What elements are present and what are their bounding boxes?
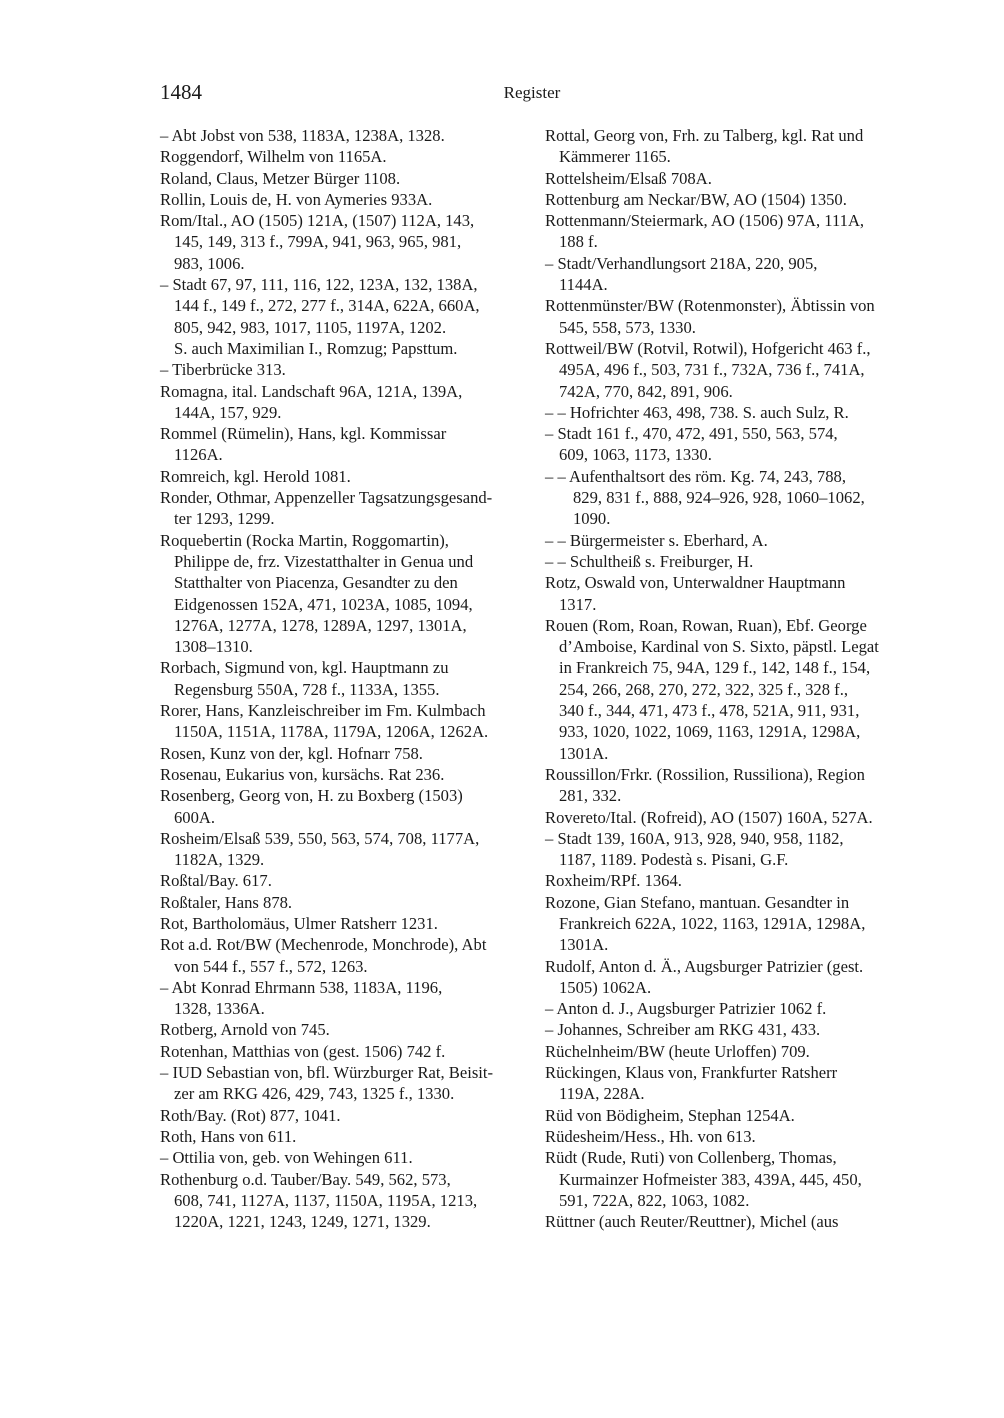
index-entry-line: 591, 722A, 822, 1063, 1082. — [545, 1190, 920, 1211]
index-entry: Rottenmann/Steiermark, AO (1506) 97A, 11… — [545, 210, 920, 253]
index-entry: Rosenau, Eukarius von, kursächs. Rat 236… — [160, 764, 530, 785]
index-entry-line: Rot, Bartholomäus, Ulmer Ratsherr 1231. — [160, 913, 530, 934]
index-entry-line: 1276A, 1277A, 1278, 1289A, 1297, 1301A, — [160, 615, 530, 636]
index-entry-line: Rückingen, Klaus von, Frankfurter Ratshe… — [545, 1062, 920, 1083]
index-entry-line: Rothenburg o.d. Tauber/Bay. 549, 562, 57… — [160, 1169, 530, 1190]
index-entry-line: Roth/Bay. (Rot) 877, 1041. — [160, 1105, 530, 1126]
index-entry: – – Hofrichter 463, 498, 738. S. auch Su… — [545, 402, 920, 423]
index-entry: – Abt Konrad Ehrmann 538, 1183A, 1196,13… — [160, 977, 530, 1020]
index-entry: Roxheim/RPf. 1364. — [545, 870, 920, 891]
index-entry-line: Rozone, Gian Stefano, mantuan. Gesandter… — [545, 892, 920, 913]
index-entry-line: 1301A. — [545, 743, 920, 764]
index-entry: Rüd von Bödigheim, Stephan 1254A. — [545, 1105, 920, 1126]
index-entry: – Stadt 161 f., 470, 472, 491, 550, 563,… — [545, 423, 920, 466]
index-entry-line: Eidgenossen 152A, 471, 1023A, 1085, 1094… — [160, 594, 530, 615]
index-entry-line: – Anton d. J., Augsburger Patrizier 1062… — [545, 998, 920, 1019]
index-entry-line: Rosen, Kunz von der, kgl. Hofnarr 758. — [160, 743, 530, 764]
index-entry: Roth/Bay. (Rot) 877, 1041. — [160, 1105, 530, 1126]
index-entry-line: – Johannes, Schreiber am RKG 431, 433. — [545, 1019, 920, 1040]
index-entry-line: Ronder, Othmar, Appenzeller Tagsatzungsg… — [160, 487, 530, 508]
index-entry-line: Rottelsheim/Elsaß 708A. — [545, 168, 920, 189]
index-entry-line: Rüdesheim/Hess., Hh. von 613. — [545, 1126, 920, 1147]
index-entry-line: 1301A. — [545, 934, 920, 955]
index-entry-line: S. auch Maximilian I., Romzug; Papsttum. — [160, 338, 530, 359]
index-entry-line: Roquebertin (Rocka Martin, Roggomartin), — [160, 530, 530, 551]
index-entry-line: zer am RKG 426, 429, 743, 1325 f., 1330. — [160, 1083, 530, 1104]
index-entry-line: 742A, 770, 842, 891, 906. — [545, 381, 920, 402]
index-entry-line: 1182A, 1329. — [160, 849, 530, 870]
index-entry-line: – IUD Sebastian von, bfl. Würzburger Rat… — [160, 1062, 530, 1083]
index-entry: Rot a.d. Rot/BW (Mechenrode, Monchrode),… — [160, 934, 530, 977]
index-entry: – – Aufenthaltsort des röm. Kg. 74, 243,… — [545, 466, 920, 530]
index-entry-line: Rosenau, Eukarius von, kursächs. Rat 236… — [160, 764, 530, 785]
index-entry: Ronder, Othmar, Appenzeller Tagsatzungsg… — [160, 487, 530, 530]
index-entry-line: Frankreich 622A, 1022, 1163, 1291A, 1298… — [545, 913, 920, 934]
index-entry: Rothenburg o.d. Tauber/Bay. 549, 562, 57… — [160, 1169, 530, 1233]
index-entry-line: 1144A. — [545, 274, 920, 295]
index-entry-line: 145, 149, 313 f., 799A, 941, 963, 965, 9… — [160, 231, 530, 252]
index-entry-line: – – Schultheiß s. Freiburger, H. — [545, 551, 920, 572]
index-entry: – IUD Sebastian von, bfl. Würzburger Rat… — [160, 1062, 530, 1105]
index-entry-line: 144 f., 149 f., 272, 277 f., 314A, 622A,… — [160, 295, 530, 316]
index-entry-line: Rovereto/Ital. (Rofreid), AO (1507) 160A… — [545, 807, 920, 828]
index-entry: Roussillon/Frkr. (Rossilion, Russiliona)… — [545, 764, 920, 807]
index-entry: Romagna, ital. Landschaft 96A, 121A, 139… — [160, 381, 530, 424]
index-entry: Rüttner (auch Reuter/Reuttner), Michel (… — [545, 1211, 920, 1232]
index-entry: Rosheim/Elsaß 539, 550, 563, 574, 708, 1… — [160, 828, 530, 871]
index-entry-line: Rüdt (Rude, Ruti) von Collenberg, Thomas… — [545, 1147, 920, 1168]
index-entry-line: 495A, 496 f., 503, 731 f., 732A, 736 f.,… — [545, 359, 920, 380]
index-entry: Roßtal/Bay. 617. — [160, 870, 530, 891]
index-entry: – Ottilia von, geb. von Wehingen 611. — [160, 1147, 530, 1168]
index-entry: Rotenhan, Matthias von (gest. 1506) 742 … — [160, 1041, 530, 1062]
index-entry-line: Rottenmann/Steiermark, AO (1506) 97A, 11… — [545, 210, 920, 231]
index-entry-line: Rollin, Louis de, H. von Aymeries 933A. — [160, 189, 530, 210]
index-entry: Rottenmünster/BW (Rotenmonster), Äbtissi… — [545, 295, 920, 338]
index-entry: Rom/Ital., AO (1505) 121A, (1507) 112A, … — [160, 210, 530, 274]
index-entry-line: Rosheim/Elsaß 539, 550, 563, 574, 708, 1… — [160, 828, 530, 849]
index-entry: Rüdt (Rude, Ruti) von Collenberg, Thomas… — [545, 1147, 920, 1211]
index-entry-line: Rorer, Hans, Kanzleischreiber im Fm. Kul… — [160, 700, 530, 721]
index-entry: Rotberg, Arnold von 745. — [160, 1019, 530, 1040]
index-entry-line: Rotberg, Arnold von 745. — [160, 1019, 530, 1040]
index-entry-line: Romagna, ital. Landschaft 96A, 121A, 139… — [160, 381, 530, 402]
index-entry: Romreich, kgl. Herold 1081. — [160, 466, 530, 487]
index-entry: Rüchelnheim/BW (heute Urloffen) 709. — [545, 1041, 920, 1062]
index-entry-line: Rotenhan, Matthias von (gest. 1506) 742 … — [160, 1041, 530, 1062]
index-entry-line: 188 f. — [545, 231, 920, 252]
index-entry-line: – Abt Jobst von 538, 1183A, 1238A, 1328. — [160, 125, 530, 146]
index-entry: Rozone, Gian Stefano, mantuan. Gesandter… — [545, 892, 920, 956]
index-entry-line: Roth, Hans von 611. — [160, 1126, 530, 1147]
index-entry: Roth, Hans von 611. — [160, 1126, 530, 1147]
index-entry: Roquebertin (Rocka Martin, Roggomartin),… — [160, 530, 530, 658]
index-entry-line: Roßtaler, Hans 878. — [160, 892, 530, 913]
index-entry: – Anton d. J., Augsburger Patrizier 1062… — [545, 998, 920, 1019]
index-entry-line: Rüttner (auch Reuter/Reuttner), Michel (… — [545, 1211, 920, 1232]
index-entry: Rollin, Louis de, H. von Aymeries 933A. — [160, 189, 530, 210]
index-entry-line: Kurmainzer Hofmeister 383, 439A, 445, 45… — [545, 1169, 920, 1190]
index-entry-line: – Stadt 139, 160A, 913, 928, 940, 958, 1… — [545, 828, 920, 849]
index-entry-line: 1505) 1062A. — [545, 977, 920, 998]
index-entry-line: 281, 332. — [545, 785, 920, 806]
index-entry-line: Philippe de, frz. Vizestatthalter in Gen… — [160, 551, 530, 572]
index-entry-line: 144A, 157, 929. — [160, 402, 530, 423]
index-entry-line: Rommel (Rümelin), Hans, kgl. Kommissar — [160, 423, 530, 444]
index-entry-line: – – Bürgermeister s. Eberhard, A. — [545, 530, 920, 551]
index-entry: Rottal, Georg von, Frh. zu Talberg, kgl.… — [545, 125, 920, 168]
index-entry-line: Statthalter von Piacenza, Gesandter zu d… — [160, 572, 530, 593]
index-entry-line: 608, 741, 1127A, 1137, 1150A, 1195A, 121… — [160, 1190, 530, 1211]
index-entry: Rückingen, Klaus von, Frankfurter Ratshe… — [545, 1062, 920, 1105]
index-entry-line: Rom/Ital., AO (1505) 121A, (1507) 112A, … — [160, 210, 530, 231]
index-entry-line: 254, 266, 268, 270, 272, 322, 325 f., 32… — [545, 679, 920, 700]
index-entry-line: in Frankreich 75, 94A, 129 f., 142, 148 … — [545, 657, 920, 678]
index-entry: Rommel (Rümelin), Hans, kgl. Kommissar11… — [160, 423, 530, 466]
index-entry-line: 609, 1063, 1173, 1330. — [545, 444, 920, 465]
index-entry-line: Rottweil/BW (Rotvil, Rotwil), Hofgericht… — [545, 338, 920, 359]
index-entry: Rosenberg, Georg von, H. zu Boxberg (150… — [160, 785, 530, 828]
running-head: Register — [0, 83, 1004, 103]
index-entry-line: Rottenburg am Neckar/BW, AO (1504) 1350. — [545, 189, 920, 210]
index-entry-line: 1328, 1336A. — [160, 998, 530, 1019]
index-entry: Rottelsheim/Elsaß 708A. — [545, 168, 920, 189]
index-entry-line: Roxheim/RPf. 1364. — [545, 870, 920, 891]
index-entry: – Abt Jobst von 538, 1183A, 1238A, 1328. — [160, 125, 530, 146]
index-entry-line: Rüchelnheim/BW (heute Urloffen) 709. — [545, 1041, 920, 1062]
index-entry-line: 983, 1006. — [160, 253, 530, 274]
index-entry-line: Roßtal/Bay. 617. — [160, 870, 530, 891]
index-entry-line: Romreich, kgl. Herold 1081. — [160, 466, 530, 487]
index-entry: Roggendorf, Wilhelm von 1165A. — [160, 146, 530, 167]
index-entry-line: 933, 1020, 1022, 1069, 1163, 1291A, 1298… — [545, 721, 920, 742]
index-entry-line: ter 1293, 1299. — [160, 508, 530, 529]
index-entry-line: 829, 831 f., 888, 924–926, 928, 1060–106… — [545, 487, 920, 508]
index-entry-line: 1220A, 1221, 1243, 1249, 1271, 1329. — [160, 1211, 530, 1232]
index-entry-line: 1187, 1189. Podestà s. Pisani, G.F. — [545, 849, 920, 870]
index-entry: – – Schultheiß s. Freiburger, H. — [545, 551, 920, 572]
index-entry-line: Rotz, Oswald von, Unterwaldner Hauptmann — [545, 572, 920, 593]
index-entry-line: d’Amboise, Kardinal von S. Sixto, päpstl… — [545, 636, 920, 657]
index-entry-line: Rorbach, Sigmund von, kgl. Hauptmann zu — [160, 657, 530, 678]
index-entry: – Stadt/Verhandlungsort 218A, 220, 905,1… — [545, 253, 920, 296]
index-entry: Rovereto/Ital. (Rofreid), AO (1507) 160A… — [545, 807, 920, 828]
index-entry-line: Roggendorf, Wilhelm von 1165A. — [160, 146, 530, 167]
index-entry-line: – Tiberbrücke 313. — [160, 359, 530, 380]
index-entry-line: 1090. — [545, 508, 920, 529]
index-entry: Roßtaler, Hans 878. — [160, 892, 530, 913]
index-entry: Rouen (Rom, Roan, Rowan, Ruan), Ebf. Geo… — [545, 615, 920, 764]
index-entry: Rottweil/BW (Rotvil, Rotwil), Hofgericht… — [545, 338, 920, 402]
index-entry-line: – – Hofrichter 463, 498, 738. S. auch Su… — [545, 402, 920, 423]
index-entry-line: 1150A, 1151A, 1178A, 1179A, 1206A, 1262A… — [160, 721, 530, 742]
index-entry-line: – – Aufenthaltsort des röm. Kg. 74, 243,… — [545, 466, 920, 487]
index-entry: Roland, Claus, Metzer Bürger 1108. — [160, 168, 530, 189]
index-column-left: – Abt Jobst von 538, 1183A, 1238A, 1328.… — [160, 125, 530, 1232]
index-entry-line: Roussillon/Frkr. (Rossilion, Russiliona)… — [545, 764, 920, 785]
index-entry: Rot, Bartholomäus, Ulmer Ratsherr 1231. — [160, 913, 530, 934]
index-entry-line: 1317. — [545, 594, 920, 615]
index-entry: – Johannes, Schreiber am RKG 431, 433. — [545, 1019, 920, 1040]
index-entry-line: Rosenberg, Georg von, H. zu Boxberg (150… — [160, 785, 530, 806]
index-entry-line: – Stadt/Verhandlungsort 218A, 220, 905, — [545, 253, 920, 274]
index-entry-line: von 544 f., 557 f., 572, 1263. — [160, 956, 530, 977]
index-entry-line: 600A. — [160, 807, 530, 828]
index-entry-line: Rouen (Rom, Roan, Rowan, Ruan), Ebf. Geo… — [545, 615, 920, 636]
index-entry: Rüdesheim/Hess., Hh. von 613. — [545, 1126, 920, 1147]
index-entry-line: – Stadt 67, 97, 111, 116, 122, 123A, 132… — [160, 274, 530, 295]
index-entry: – Stadt 139, 160A, 913, 928, 940, 958, 1… — [545, 828, 920, 871]
index-entry-line: Rottenmünster/BW (Rotenmonster), Äbtissi… — [545, 295, 920, 316]
index-entry: – Tiberbrücke 313. — [160, 359, 530, 380]
index-entry-line: Regensburg 550A, 728 f., 1133A, 1355. — [160, 679, 530, 700]
index-entry-line: 545, 558, 573, 1330. — [545, 317, 920, 338]
index-entry-line: 805, 942, 983, 1017, 1105, 1197A, 1202. — [160, 317, 530, 338]
index-entry: Rorbach, Sigmund von, kgl. Hauptmann zuR… — [160, 657, 530, 700]
index-entry: Rudolf, Anton d. Ä., Augsburger Patrizie… — [545, 956, 920, 999]
index-entry-line: – Stadt 161 f., 470, 472, 491, 550, 563,… — [545, 423, 920, 444]
index-entry-line: 119A, 228A. — [545, 1083, 920, 1104]
index-entry: Rorer, Hans, Kanzleischreiber im Fm. Kul… — [160, 700, 530, 743]
index-entry-line: 340 f., 344, 471, 473 f., 478, 521A, 911… — [545, 700, 920, 721]
index-entry-line: – Ottilia von, geb. von Wehingen 611. — [160, 1147, 530, 1168]
index-entry: Rosen, Kunz von der, kgl. Hofnarr 758. — [160, 743, 530, 764]
index-entry: – Stadt 67, 97, 111, 116, 122, 123A, 132… — [160, 274, 530, 359]
index-entry-line: Rudolf, Anton d. Ä., Augsburger Patrizie… — [545, 956, 920, 977]
index-entry: – – Bürgermeister s. Eberhard, A. — [545, 530, 920, 551]
index-entry: Rotz, Oswald von, Unterwaldner Hauptmann… — [545, 572, 920, 615]
index-entry-line: Rottal, Georg von, Frh. zu Talberg, kgl.… — [545, 125, 920, 146]
index-entry-line: Kämmerer 1165. — [545, 146, 920, 167]
index-entry-line: 1126A. — [160, 444, 530, 465]
index-entry-line: – Abt Konrad Ehrmann 538, 1183A, 1196, — [160, 977, 530, 998]
index-entry-line: 1308–1310. — [160, 636, 530, 657]
index-entry: Rottenburg am Neckar/BW, AO (1504) 1350. — [545, 189, 920, 210]
index-entry-line: Rüd von Bödigheim, Stephan 1254A. — [545, 1105, 920, 1126]
index-column-right: Rottal, Georg von, Frh. zu Talberg, kgl.… — [545, 125, 920, 1232]
index-entry-line: Rot a.d. Rot/BW (Mechenrode, Monchrode),… — [160, 934, 530, 955]
index-entry-line: Roland, Claus, Metzer Bürger 1108. — [160, 168, 530, 189]
